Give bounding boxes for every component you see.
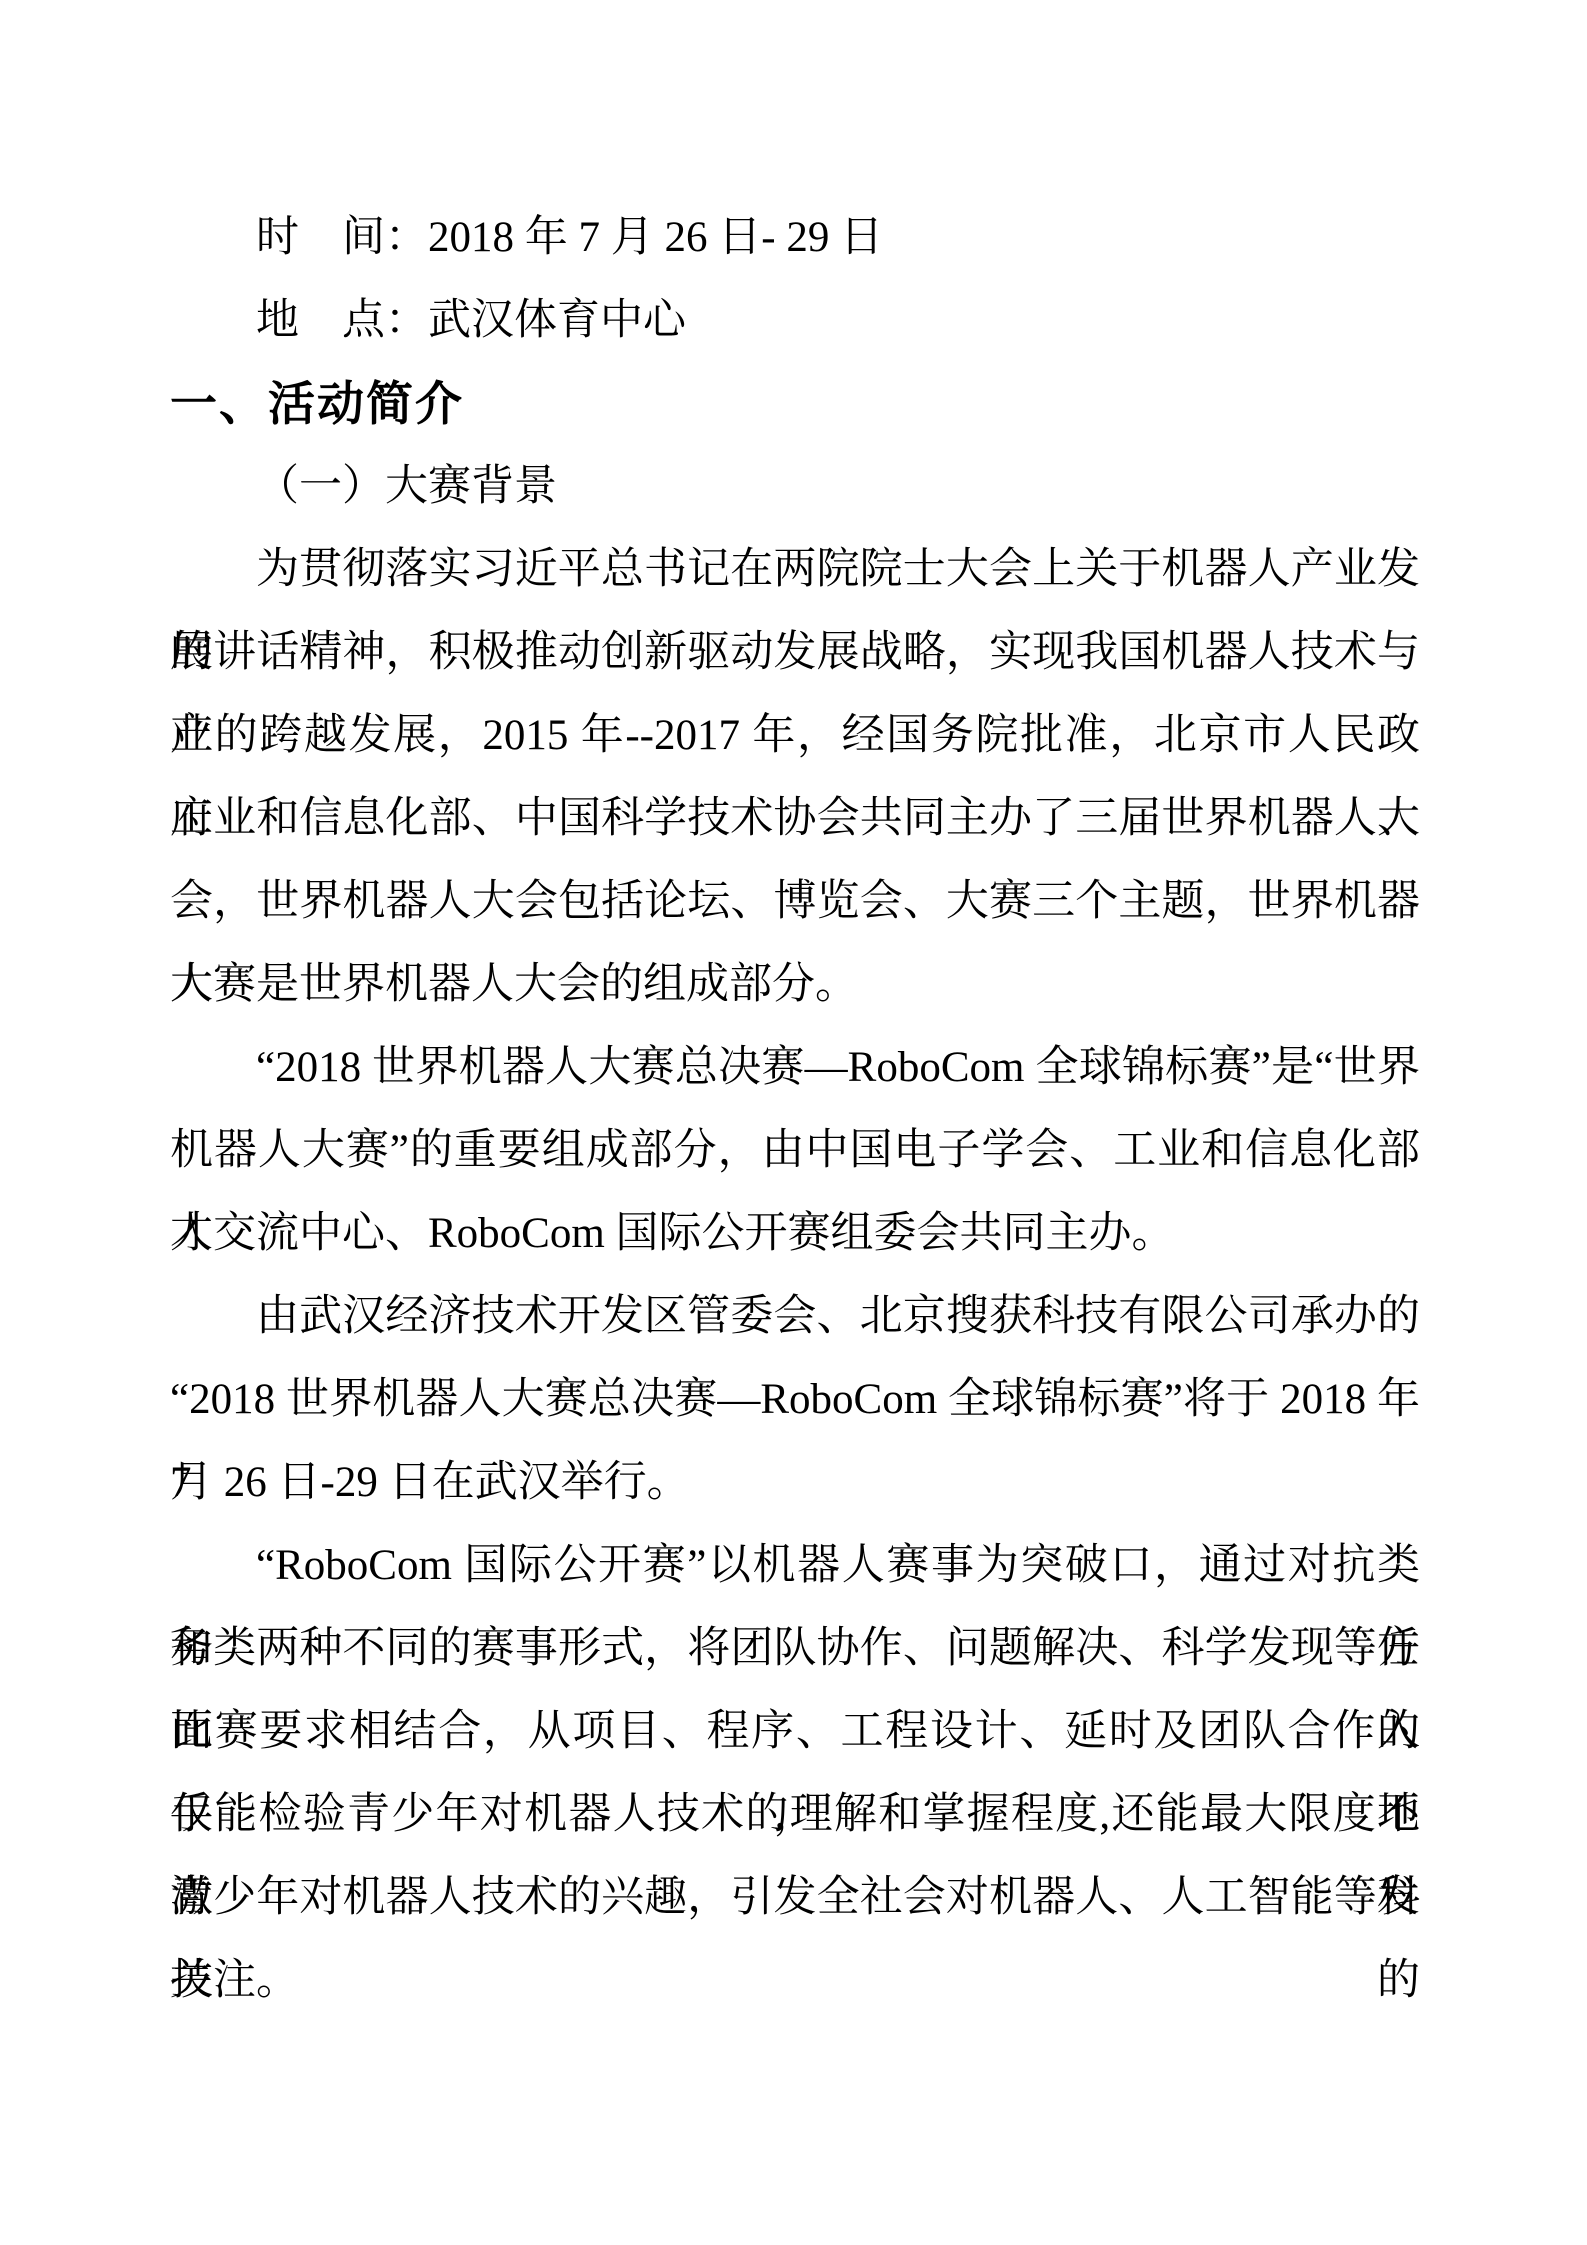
section-subheading: （一）大赛背景	[170, 445, 1420, 528]
paragraph-1-line-3: 业的跨越发展，2015 年--2017 年，经国务院批准，北京市人民政府、	[170, 694, 1420, 777]
paragraph-3-line-1: 由武汉经济技术开发区管委会、北京搜获科技有限公司承办的	[170, 1275, 1420, 1358]
paragraph-4-line-2: 务类两种不同的赛事形式，将团队协作、问题解决、科学发现等方面的	[170, 1607, 1420, 1690]
paragraph-2-line-2: 机器人大赛”的重要组成部分，由中国电子学会、工业和信息化部人	[170, 1109, 1420, 1192]
paragraph-2-line-1: “2018 世界机器人大赛总决赛—RoboCom 全球锦标赛”是“世界	[170, 1026, 1420, 1109]
paragraph-4-line-3: 比赛要求相结合，从项目、程序、工程设计、延时及团队合作入手，不	[170, 1690, 1420, 1773]
paragraph-4-line-5: 青少年对机器人技术的兴趣，引发全社会对机器人、人工智能等科技的	[170, 1856, 1420, 1939]
paragraphs-container: 为贯彻落实习近平总书记在两院院士大会上关于机器人产业发展的讲话精神，积极推动创新…	[170, 528, 1420, 2022]
paragraph-1-line-2: 的讲话精神，积极推动创新驱动发展战略，实现我国机器人技术与产	[170, 611, 1420, 694]
section-heading: 一、活动简介	[170, 362, 1420, 445]
paragraph-4-line-4: 仅能检验青少年对机器人技术的理解和掌握程度,还能最大限度地激发	[170, 1773, 1420, 1856]
meta-line-location: 地 点：武汉体育中心	[170, 279, 1420, 362]
paragraph-3-line-3: 月 26 日-29 日在武汉举行。	[170, 1441, 1420, 1524]
paragraph-1-line-6: 大赛是世界机器人大会的组成部分。	[170, 943, 1420, 1026]
page-content: 时 间：2018 年 7 月 26 日- 29 日 地 点：武汉体育中心 一、活…	[170, 196, 1420, 2022]
paragraph-1-line-1: 为贯彻落实习近平总书记在两院院士大会上关于机器人产业发展	[170, 528, 1420, 611]
meta-line-time: 时 间：2018 年 7 月 26 日- 29 日	[170, 196, 1420, 279]
paragraph-1-line-4: 工业和信息化部、中国科学技术协会共同主办了三届世界机器人大	[170, 777, 1420, 860]
document-page: 时 间：2018 年 7 月 26 日- 29 日 地 点：武汉体育中心 一、活…	[0, 0, 1587, 2245]
paragraph-3-line-2: “2018 世界机器人大赛总决赛—RoboCom 全球锦标赛”将于 2018 年…	[170, 1358, 1420, 1441]
paragraph-2-line-3: 才交流中心、RoboCom 国际公开赛组委会共同主办。	[170, 1192, 1420, 1275]
paragraph-1-line-5: 会，世界机器人大会包括论坛、博览会、大赛三个主题，世界机器人	[170, 860, 1420, 943]
paragraph-4-line-1: “RoboCom 国际公开赛”以机器人赛事为突破口，通过对抗类和任	[170, 1524, 1420, 1607]
